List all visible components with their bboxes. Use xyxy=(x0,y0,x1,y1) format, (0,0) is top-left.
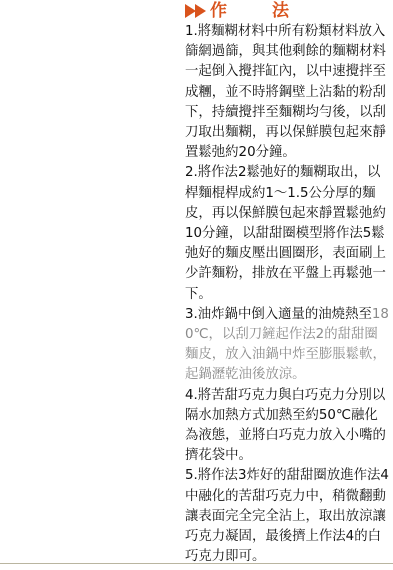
step-5: 5.將作法3炸好的甜甜圈放進作法4中融化的苦甜巧克力中，稍微翻動讓表面完全完全沾… xyxy=(185,466,390,567)
step-3-main: 3.油炸鍋中倒入適量的油燒熱至 xyxy=(185,307,372,322)
step-3: 3.油炸鍋中倒入適量的油燒熱至180℃，以刮刀鏟起作法2的甜甜圈麵皮，放入油鍋中… xyxy=(185,305,390,386)
double-arrow-right-icon xyxy=(185,4,207,18)
recipe-method-section: 作 法 1.將麵糊材料中所有粉類材料放入篩網過篩，與其他剩餘的麵糊材料一起倒入攪… xyxy=(185,0,390,567)
step-2: 2.將作法2鬆弛好的麵糊取出，以桿麵棍桿成約1～1.5公分厚的麵皮，再以保鮮膜包… xyxy=(185,163,390,304)
step-1: 1.將麵糊材料中所有粉類材料放入篩網過篩，與其他剩餘的麵糊材料一起倒入攪拌缸內，… xyxy=(185,22,390,163)
step-4: 4.將苦甜巧克力與白巧克力分別以隔水加熱方式加熱至約50℃融化為液態，並將白巧克… xyxy=(185,386,390,467)
method-title: 作 法 xyxy=(210,0,303,22)
steps-list: 1.將麵糊材料中所有粉類材料放入篩網過篩，與其他剩餘的麵糊材料一起倒入攪拌缸內，… xyxy=(185,22,390,567)
window-bottom-edge xyxy=(0,563,393,570)
method-heading: 作 法 xyxy=(185,0,390,22)
